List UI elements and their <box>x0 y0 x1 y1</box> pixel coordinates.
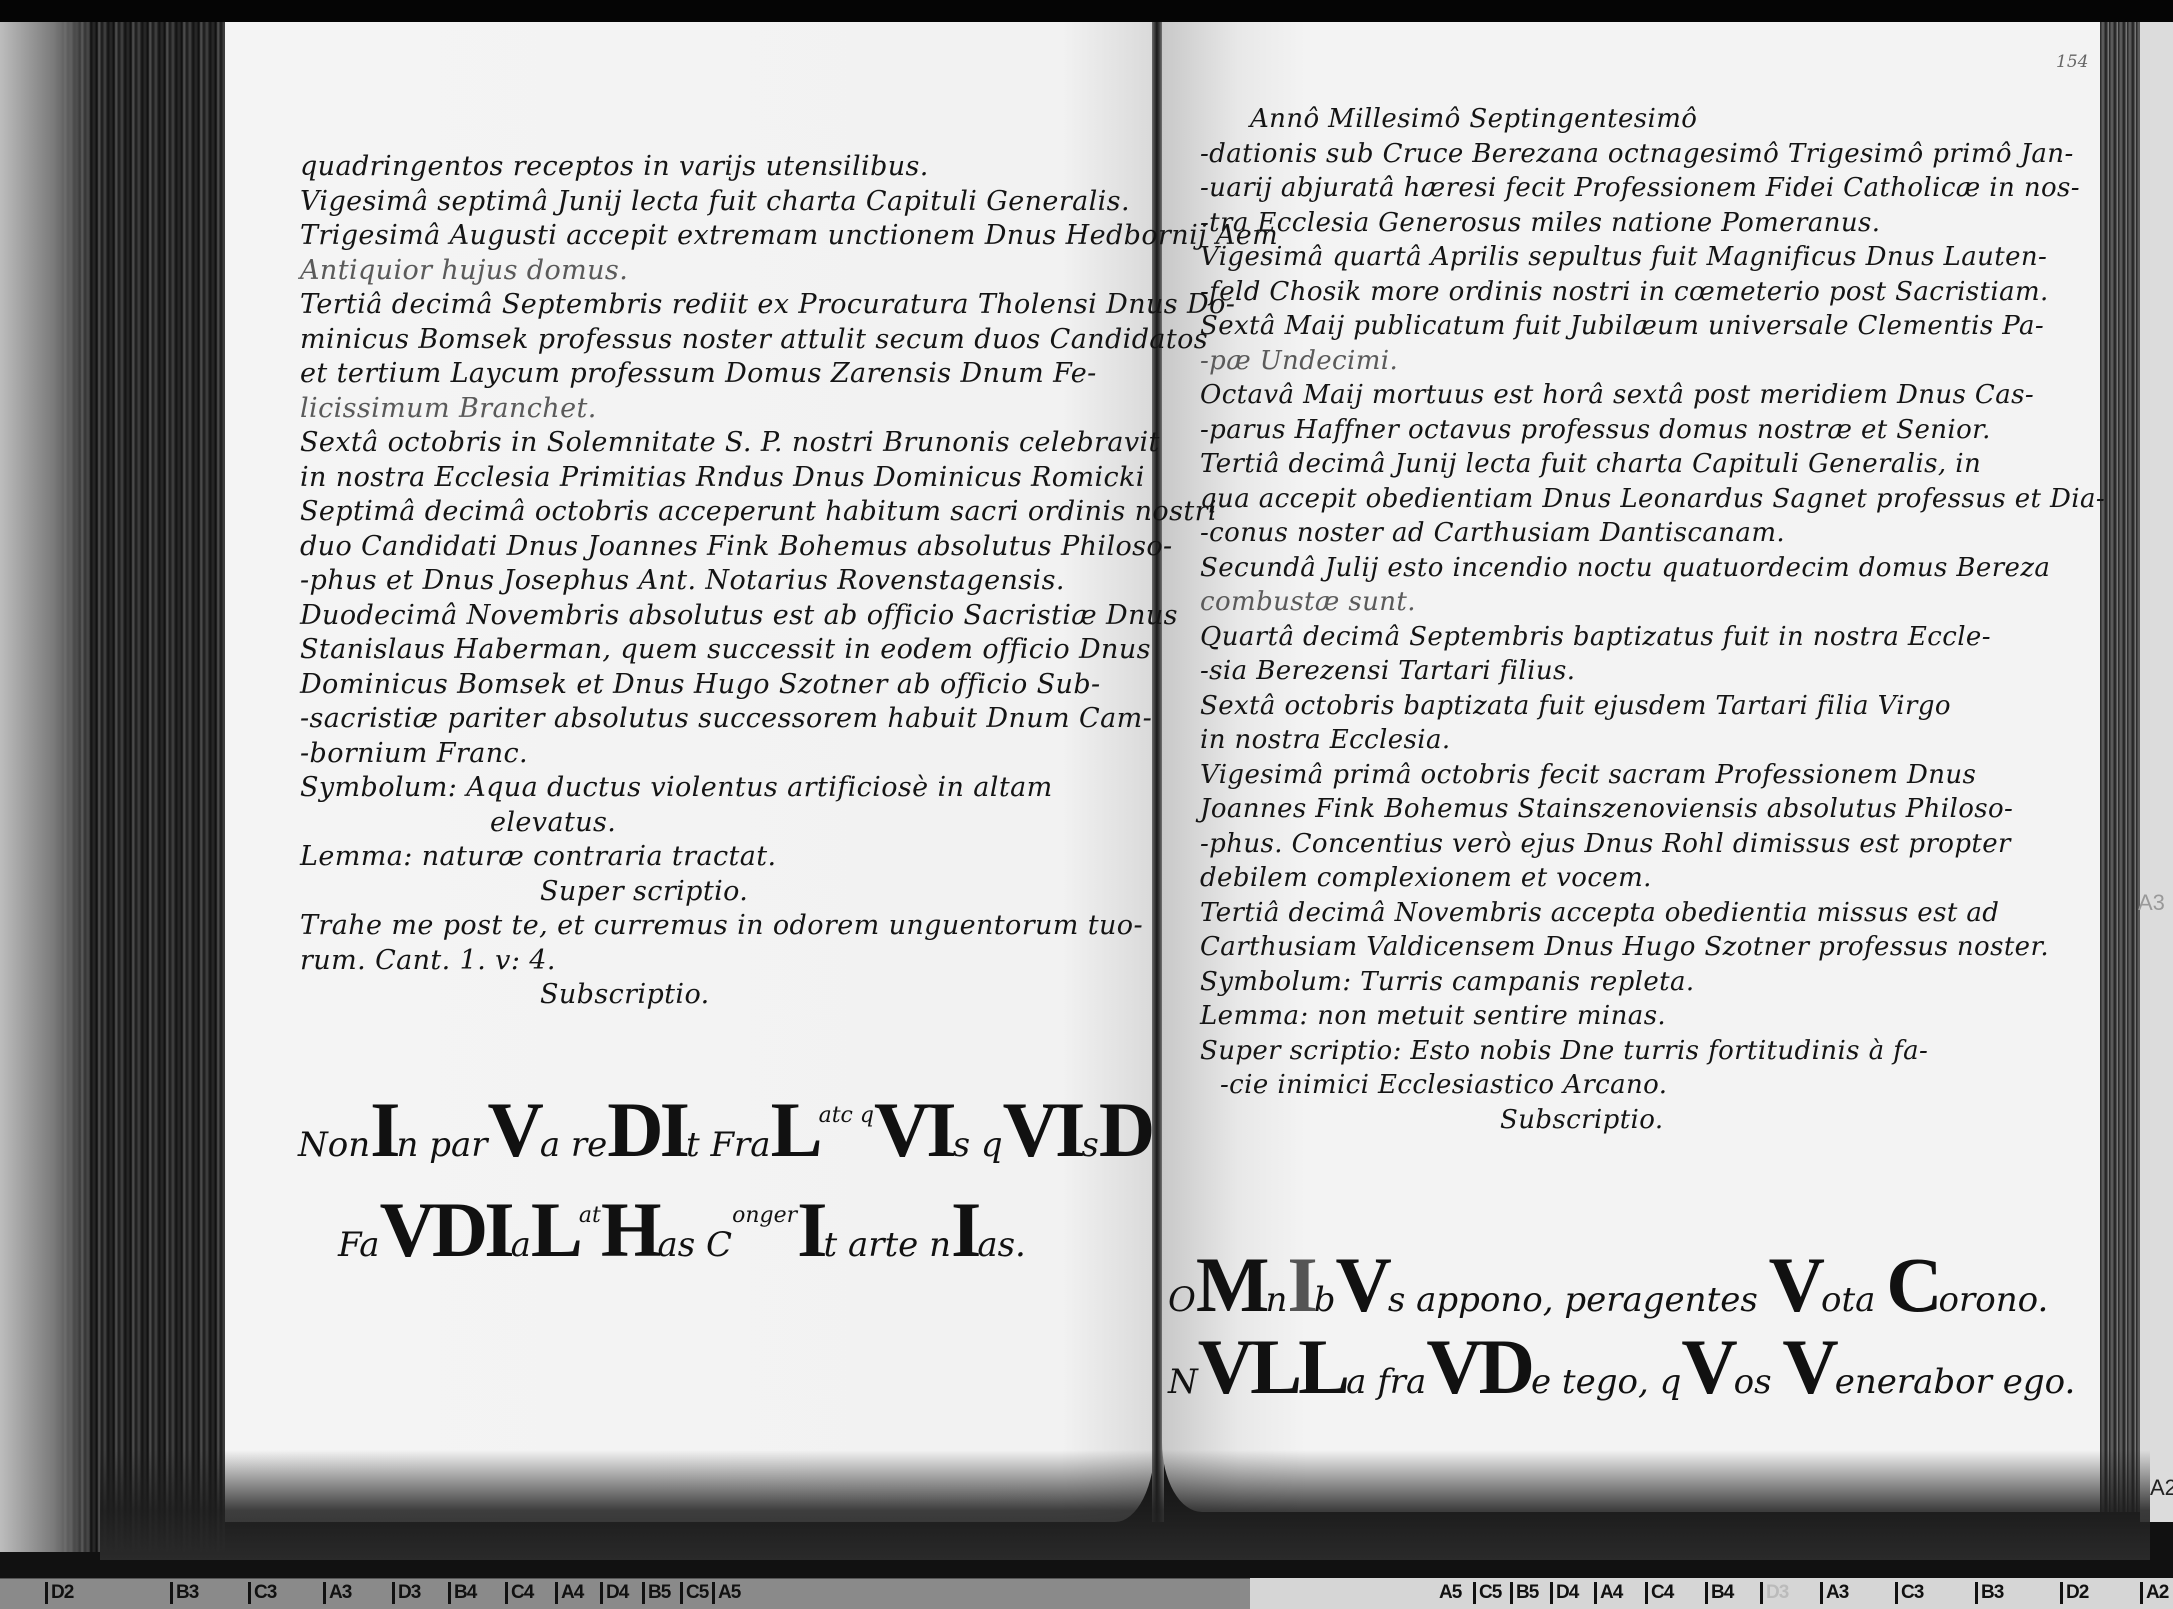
text-line: Carthusiam Valdicensem Dnus Hugo Szotner… <box>1200 930 2105 965</box>
film-target-label: D4 <box>600 1582 628 1604</box>
text-line: Stanislaus Haberman, quem successit in e… <box>300 633 1278 668</box>
text-line: Dominicus Bomsek et Dnus Hugo Szotner ab… <box>300 668 1278 703</box>
text-line: -pæ Undecimi. <box>1200 344 2105 379</box>
text-line: -tra Ecclesia Generosus miles natione Po… <box>1200 206 2105 241</box>
text-line: Antiquior hujus domus. <box>300 254 1278 289</box>
right-chronogram: OMnIbVs appono, peragentes Vota Corono. … <box>1168 1240 2075 1412</box>
text-line: Tertiâ decimâ Novembris accepta obedient… <box>1200 896 2105 931</box>
text-line: in nostra Ecclesia. <box>1200 723 2105 758</box>
text-line: combustæ sunt. <box>1200 585 2105 620</box>
film-target-label: B4 <box>1705 1582 1733 1604</box>
film-target-label: D3 <box>1760 1582 1788 1604</box>
text-line: -sacristiæ pariter absolutus successorem… <box>300 702 1278 737</box>
film-top-edge <box>0 0 2173 24</box>
film-target-label: B5 <box>1510 1582 1538 1604</box>
chronogram-line-2: FaVDIaLatHas CongerIt arte nIas. <box>298 1185 1151 1275</box>
text-line: -bornium Franc. <box>300 737 1278 772</box>
film-target-label: C5 <box>1473 1582 1501 1604</box>
film-target-label: C3 <box>248 1582 276 1604</box>
text-line: Octavâ Maij mortuus est horâ sextâ post … <box>1200 378 2105 413</box>
film-target-label: A3 <box>1820 1582 1848 1604</box>
text-line: Subscriptio. <box>300 978 1278 1013</box>
film-side-marker: A2 <box>2150 1475 2173 1501</box>
text-line: Trigesimâ Augusti accepit extremam uncti… <box>300 219 1278 254</box>
text-line: et tertium Laycum professum Domus Zarens… <box>300 357 1278 392</box>
text-line: Annô Millesimô Septingentesimô <box>1200 102 2105 137</box>
text-line: -cie inimici Ecclesiastico Arcano. <box>1200 1068 2105 1103</box>
text-line: Sextâ octobris baptizata fuit ejusdem Ta… <box>1200 689 2105 724</box>
page-bottom-shadow <box>100 1450 2150 1560</box>
text-line: debilem complexionem et vocem. <box>1200 861 2105 896</box>
right-page-text: Annô Millesimô Septingentesimô -dationis… <box>1200 102 2105 1137</box>
text-line: qua accepit obedientiam Dnus Leonardus S… <box>1200 482 2105 517</box>
chronogram-line-1: NonIn parVa reDIt FraLatc qVIs qVIsD <box>298 1085 1151 1175</box>
text-line: Sextâ octobris in Solemnitate S. P. nost… <box>300 426 1278 461</box>
film-target-label: B5 <box>642 1582 670 1604</box>
text-line: Symbolum: Turris campanis repleta. <box>1200 965 2105 1000</box>
text-line: duo Candidati Dnus Joannes Fink Bohemus … <box>300 530 1278 565</box>
text-line: in nostra Ecclesia Primitias Rndus Dnus … <box>300 461 1278 496</box>
left-chronogram: NonIn parVa reDIt FraLatc qVIs qVIsD FaV… <box>298 1085 1151 1275</box>
film-target-label: B3 <box>170 1582 198 1604</box>
film-side-marker: A3 <box>2138 890 2165 916</box>
text-line: Lemma: non metuit sentire minas. <box>1200 999 2105 1034</box>
text-line: Vigesimâ primâ octobris fecit sacram Pro… <box>1200 758 2105 793</box>
text-line: licissimum Branchet. <box>300 392 1278 427</box>
text-line: Vigesimâ septimâ Junij lecta fuit charta… <box>300 185 1278 220</box>
film-target-label: C3 <box>1895 1582 1923 1604</box>
chronogram-line-2: NVLLa fraVDe tego, qVos Venerabor ego. <box>1168 1322 2075 1412</box>
text-line: Joannes Fink Bohemus Stainszenoviensis a… <box>1200 792 2105 827</box>
text-line: -parus Haffner octavus professus domus n… <box>1200 413 2105 448</box>
text-line: elevatus. <box>300 806 1278 841</box>
text-line: -dationis sub Cruce Berezana octnagesimô… <box>1200 137 2105 172</box>
left-page-stack-edges <box>0 22 225 1552</box>
text-line: -conus noster ad Carthusiam Dantiscanam. <box>1200 516 2105 551</box>
film-target-label: C5 <box>680 1582 708 1604</box>
film-target-label: D3 <box>392 1582 420 1604</box>
film-target-label: A4 <box>1594 1582 1622 1604</box>
text-line: Symbolum: Aqua ductus violentus artifici… <box>300 771 1278 806</box>
text-line: -phus et Dnus Josephus Ant. Notarius Rov… <box>300 564 1278 599</box>
text-line: -uarij abjuratâ hæresi fecit Professione… <box>1200 171 2105 206</box>
text-line: Duodecimâ Novembris absolutus est ab off… <box>300 599 1278 634</box>
text-line: Tertiâ decimâ Junij lecta fuit charta Ca… <box>1200 447 2105 482</box>
film-target-label: A3 <box>323 1582 351 1604</box>
text-line: -feld Chosik more ordinis nostri in cœme… <box>1200 275 2105 310</box>
left-page-text: quadringentos receptos in varijs utensil… <box>300 150 1278 1013</box>
film-target-label: D2 <box>2060 1582 2088 1604</box>
right-margin <box>2140 22 2173 1522</box>
text-line: Trahe me post te, et curremus in odorem … <box>300 909 1278 944</box>
text-line: Super scriptio. <box>300 875 1278 910</box>
text-line: rum. Cant. 1. v: 4. <box>300 944 1278 979</box>
folio-number: 154 <box>2056 52 2088 72</box>
microfilm-scan: 154 quadringentos receptos in varijs ute… <box>0 0 2173 1609</box>
film-target-label: A5 <box>1436 1582 1461 1604</box>
text-line: Subscriptio. <box>1200 1103 2105 1138</box>
text-line: Septimâ decimâ octobris acceperunt habit… <box>300 495 1278 530</box>
text-line: Quartâ decimâ Septembris baptizatus fuit… <box>1200 620 2105 655</box>
text-line: Sextâ Maij publicatum fuit Jubilæum univ… <box>1200 309 2105 344</box>
text-line: Vigesimâ quartâ Aprilis sepultus fuit Ma… <box>1200 240 2105 275</box>
text-line: minicus Bomsek professus noster attulit … <box>300 323 1278 358</box>
text-line: Super scriptio: Esto nobis Dne turris fo… <box>1200 1034 2105 1069</box>
film-target-label: A4 <box>555 1582 583 1604</box>
text-line: Lemma: naturæ contraria tractat. <box>300 840 1278 875</box>
chronogram-line-1: OMnIbVs appono, peragentes Vota Corono. <box>1168 1240 2075 1330</box>
film-target-label: B3 <box>1975 1582 2003 1604</box>
text-line: quadringentos receptos in varijs utensil… <box>300 150 1278 185</box>
text-line: Secundâ Julij esto incendio noctu quatuo… <box>1200 551 2105 586</box>
film-target-label: D4 <box>1550 1582 1578 1604</box>
film-target-label: A5 <box>712 1582 740 1604</box>
film-target-label: A2 <box>2140 1582 2168 1604</box>
film-target-label: C4 <box>1645 1582 1673 1604</box>
text-line: -sia Berezensi Tartari filius. <box>1200 654 2105 689</box>
text-line: -phus. Concentius verò ejus Dnus Rohl di… <box>1200 827 2105 862</box>
film-target-label: D2 <box>45 1582 73 1604</box>
film-target-label: B4 <box>448 1582 476 1604</box>
film-target-label: C4 <box>505 1582 533 1604</box>
right-page-stack-edges <box>2100 22 2140 1512</box>
text-line: Tertiâ decimâ Septembris rediit ex Procu… <box>300 288 1278 323</box>
